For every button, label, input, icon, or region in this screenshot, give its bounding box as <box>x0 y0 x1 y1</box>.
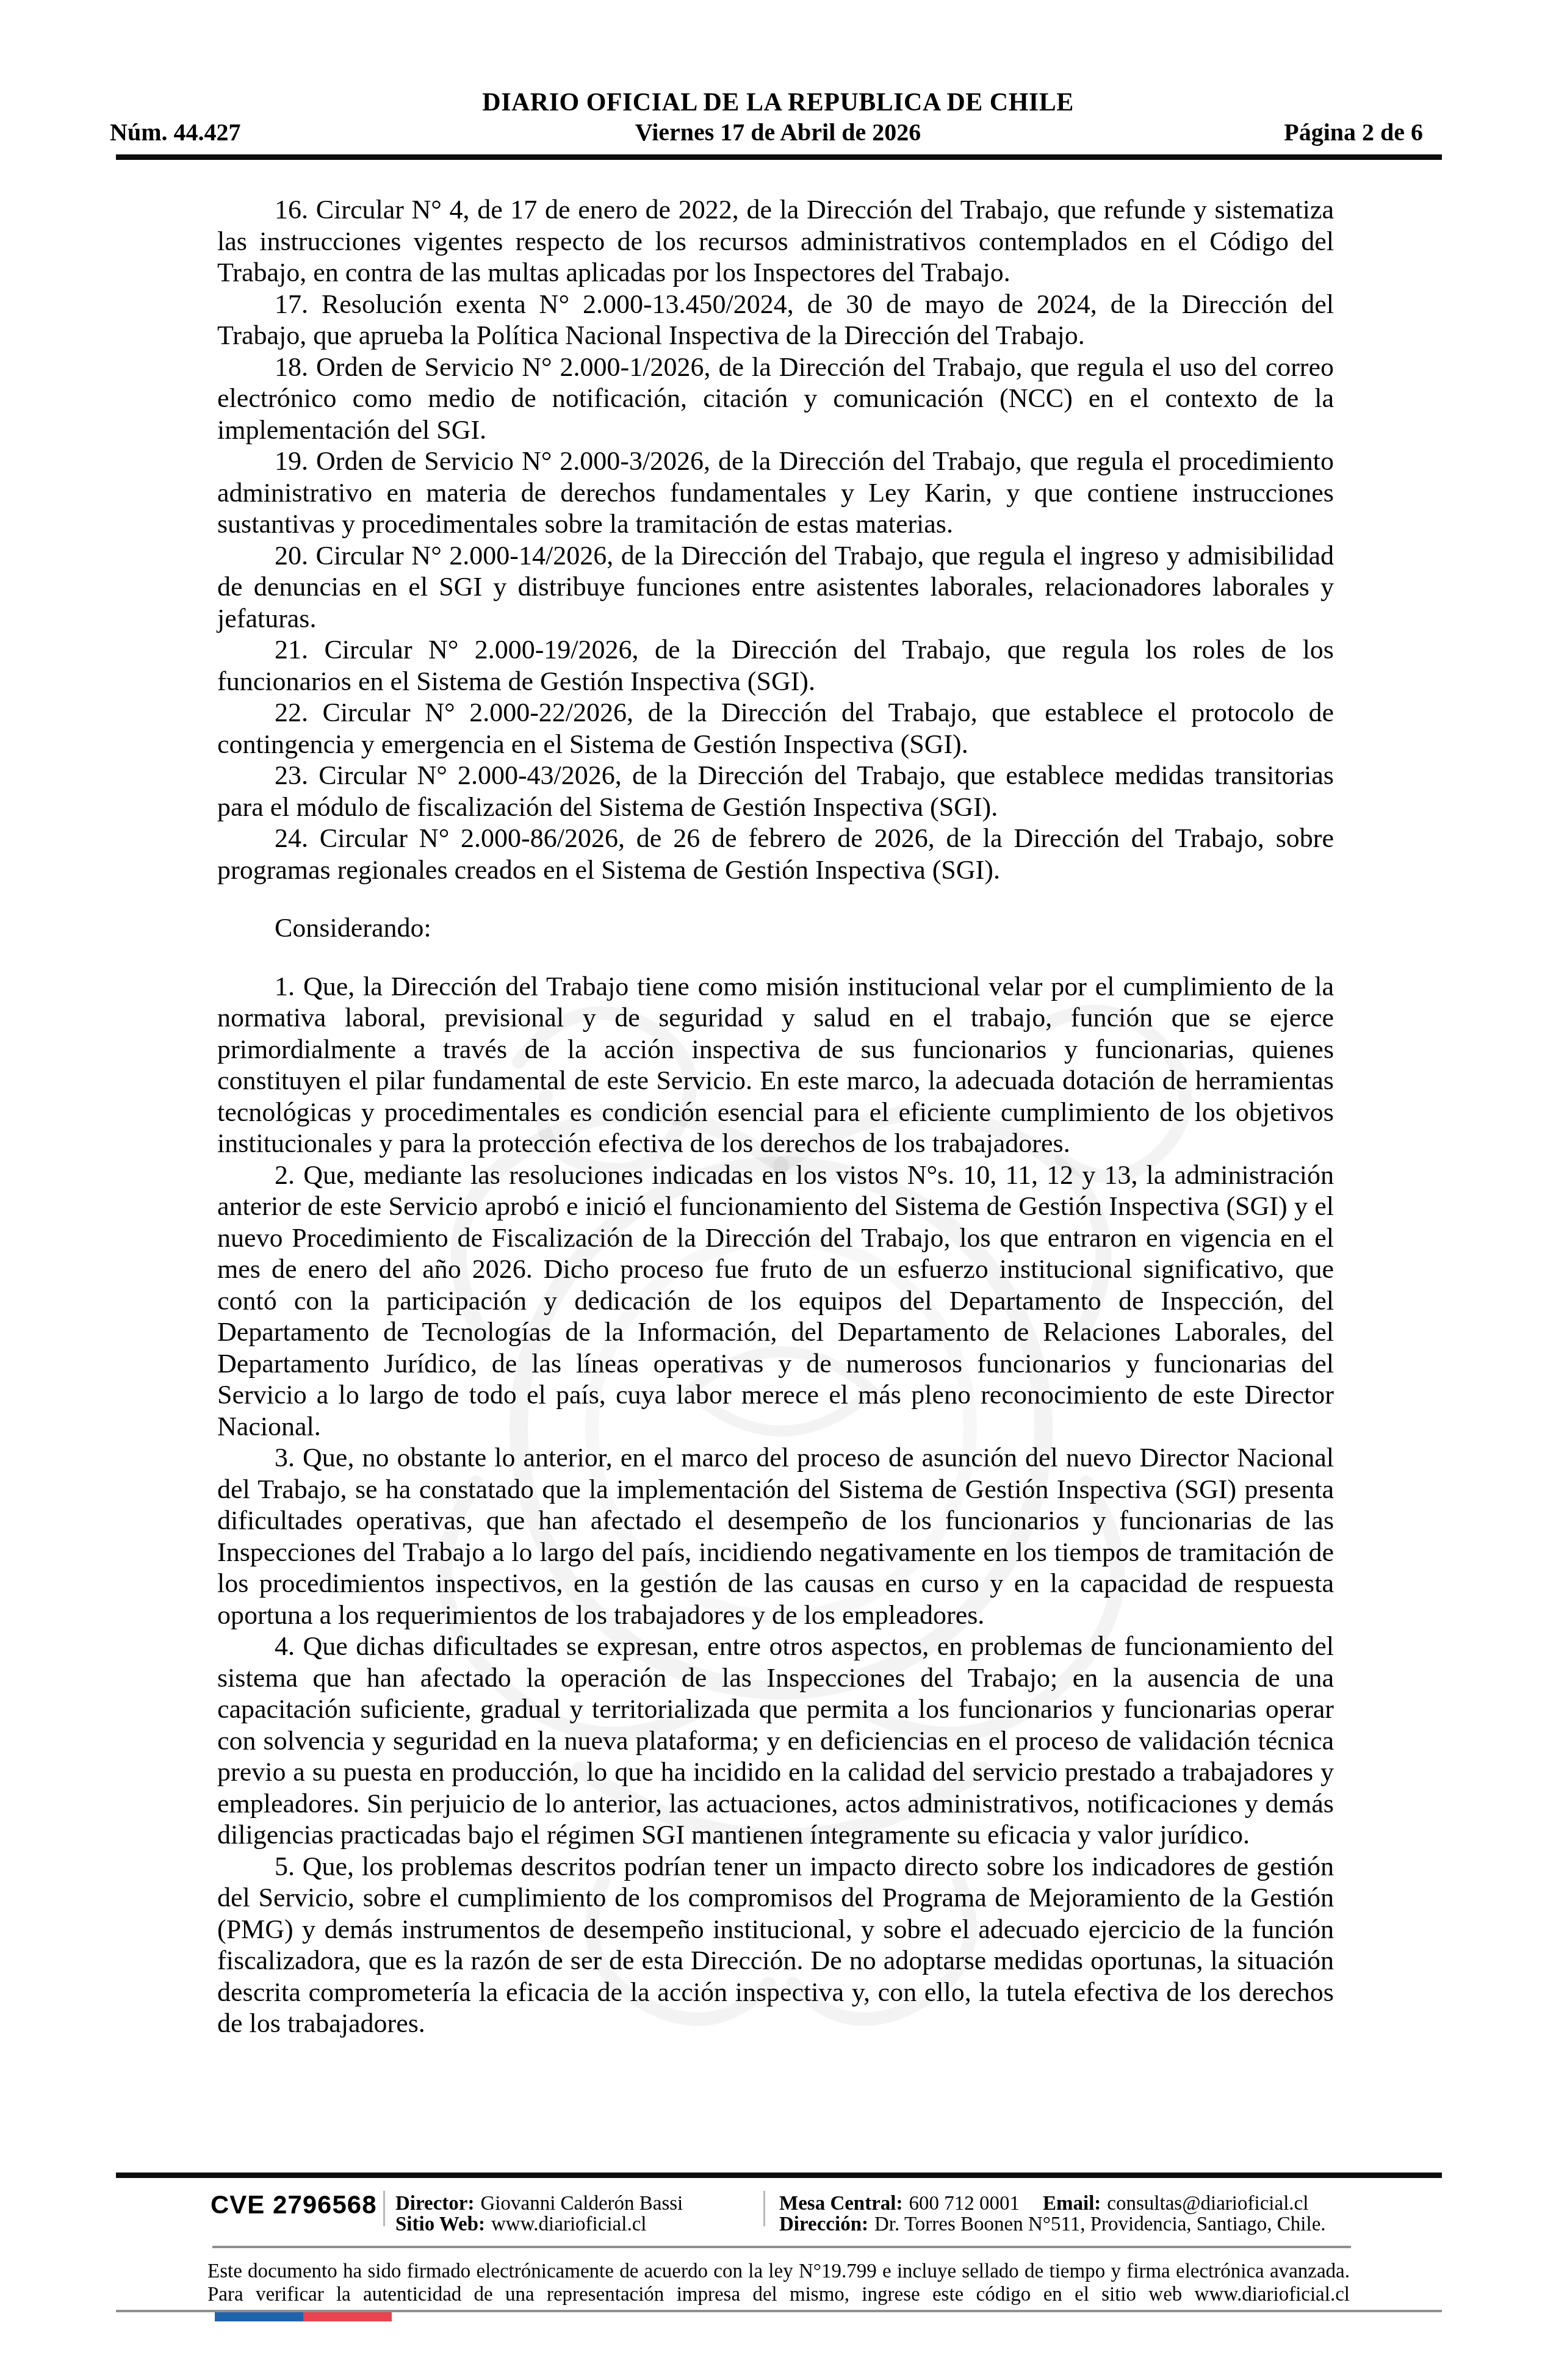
website-label: Sitio Web: <box>395 2213 485 2235</box>
flag-red-segment <box>303 2312 392 2321</box>
chile-flag-mark <box>215 2312 392 2321</box>
considerando-item-4: 4. Que dichas dificultades se expresan, … <box>217 1631 1334 1851</box>
footer-divider-right <box>763 2191 765 2226</box>
email-label: Email: <box>1043 2193 1101 2215</box>
website-url: www.diarioficial.cl <box>491 2213 646 2235</box>
director-line: Director:Giovanni Calderón Bassi <box>395 2193 683 2214</box>
flag-blue-segment <box>215 2312 303 2321</box>
address-line: Dirección:Dr. Torres Boonen N°511, Provi… <box>779 2214 1326 2235</box>
phone-email-line: Mesa Central:600 712 0001Email:consultas… <box>779 2193 1326 2214</box>
mesa-central-number: 600 712 0001 <box>909 2193 1020 2215</box>
footer-rule <box>116 2173 1442 2178</box>
director-label: Director: <box>395 2193 474 2215</box>
considerando-heading: Considerando: <box>217 912 1334 944</box>
document-body: 16. Circular N° 4, de 17 de enero de 202… <box>217 194 1334 2039</box>
email-address: consultas@diarioficial.cl <box>1107 2193 1308 2215</box>
visto-item-22: 22. Circular N° 2.000-22/2026, de la Dir… <box>217 697 1334 760</box>
director-name: Giovanni Calderón Bassi <box>480 2193 683 2215</box>
visto-item-18: 18. Orden de Servicio N° 2.000-1/2026, d… <box>217 352 1334 446</box>
address-value: Dr. Torres Boonen N°511, Providencia, Sa… <box>874 2213 1326 2235</box>
cve-code: CVE 2796568 <box>211 2191 377 2218</box>
legal-notice: Este documento ha sido firmado electróni… <box>207 2260 1350 2306</box>
visto-item-20: 20. Circular N° 2.000-14/2026, de la Dir… <box>217 540 1334 635</box>
visto-item-16: 16. Circular N° 4, de 17 de enero de 202… <box>217 194 1334 289</box>
considerando-item-5: 5. Que, los problemas descritos podrían … <box>217 1851 1334 2039</box>
footer-divider-left <box>383 2191 385 2226</box>
header-rule <box>116 154 1442 160</box>
footer-separator-rule <box>212 2246 1351 2248</box>
mesa-central-label: Mesa Central: <box>779 2193 903 2215</box>
footer-contact-block: Mesa Central:600 712 0001Email:consultas… <box>779 2193 1326 2235</box>
page-indicator: Página 2 de 6 <box>1284 120 1423 145</box>
considerando-item-3: 3. Que, no obstante lo anterior, en el m… <box>217 1442 1334 1631</box>
document-page: DIARIO OFICIAL DE LA REPUBLICA DE CHILE … <box>0 0 1556 2380</box>
visto-item-19: 19. Orden de Servicio N° 2.000-3/2026, d… <box>217 445 1334 540</box>
considerando-item-1: 1. Que, la Dirección del Trabajo tiene c… <box>217 971 1334 1159</box>
visto-item-21: 21. Circular N° 2.000-19/2026, de la Dir… <box>217 634 1334 697</box>
address-label: Dirección: <box>779 2213 868 2235</box>
masthead-title: DIARIO OFICIAL DE LA REPUBLICA DE CHILE <box>0 89 1556 116</box>
visto-item-23: 23. Circular N° 2.000-43/2026, de la Dir… <box>217 760 1334 823</box>
footer-director-block: Director:Giovanni Calderón Bassi Sitio W… <box>395 2193 683 2235</box>
visto-item-24: 24. Circular N° 2.000-86/2026, de 26 de … <box>217 823 1334 885</box>
visto-item-17: 17. Resolución exenta N° 2.000-13.450/20… <box>217 289 1334 352</box>
considerando-item-2: 2. Que, mediante las resoluciones indica… <box>217 1159 1334 1443</box>
website-line: Sitio Web:www.diarioficial.cl <box>395 2214 683 2235</box>
